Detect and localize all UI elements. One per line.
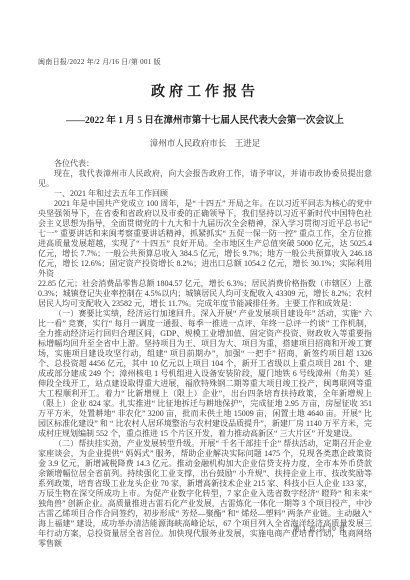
body-paragraph: 现在，我代表漳州市人民政府，向大会报告政府工作，请予审议，并请市政协委员提出意见… — [38, 169, 372, 189]
body-paragraph: 各位代表： — [38, 159, 372, 169]
report-title: 政府工作报告 — [38, 81, 372, 101]
page-number: 第 1 页 共 10 页 — [293, 524, 346, 534]
report-byline: 漳州市人民政府市长 王进足 — [38, 137, 372, 149]
document-page: 闽南日报/2022 年/2 月/16 日/第 001 版 政府工作报告 ——20… — [0, 0, 410, 580]
report-subtitle: ——2022 年 1 月 5 日在漳州市第十七届人民代表大会第一次会议上 — [38, 112, 372, 126]
body-paragraph: 一、2021 年和过去五年工作回顾 — [38, 189, 372, 199]
body-paragraph: 22.85 亿元；社会消费品零售总额 1804.57 亿元，增长 6.3%；居民… — [38, 279, 372, 309]
body-paragraph: 2021 年是中国共产党成立 100 周年，是“ 十四五” 开局之年。在以习近平… — [38, 199, 372, 279]
publication-meta: 闽南日报/2022 年/2 月/16 日/第 001 版 — [38, 57, 372, 67]
body-paragraph: （一）赛要比实绩，经济运行加速回升。深入开展“ 产业发展项目建设年” 活动，实施… — [38, 309, 372, 439]
report-body: 各位代表： 现在，我代表漳州市人民政府，向大会报告政府工作，请予审议，并请市政协… — [38, 159, 372, 549]
